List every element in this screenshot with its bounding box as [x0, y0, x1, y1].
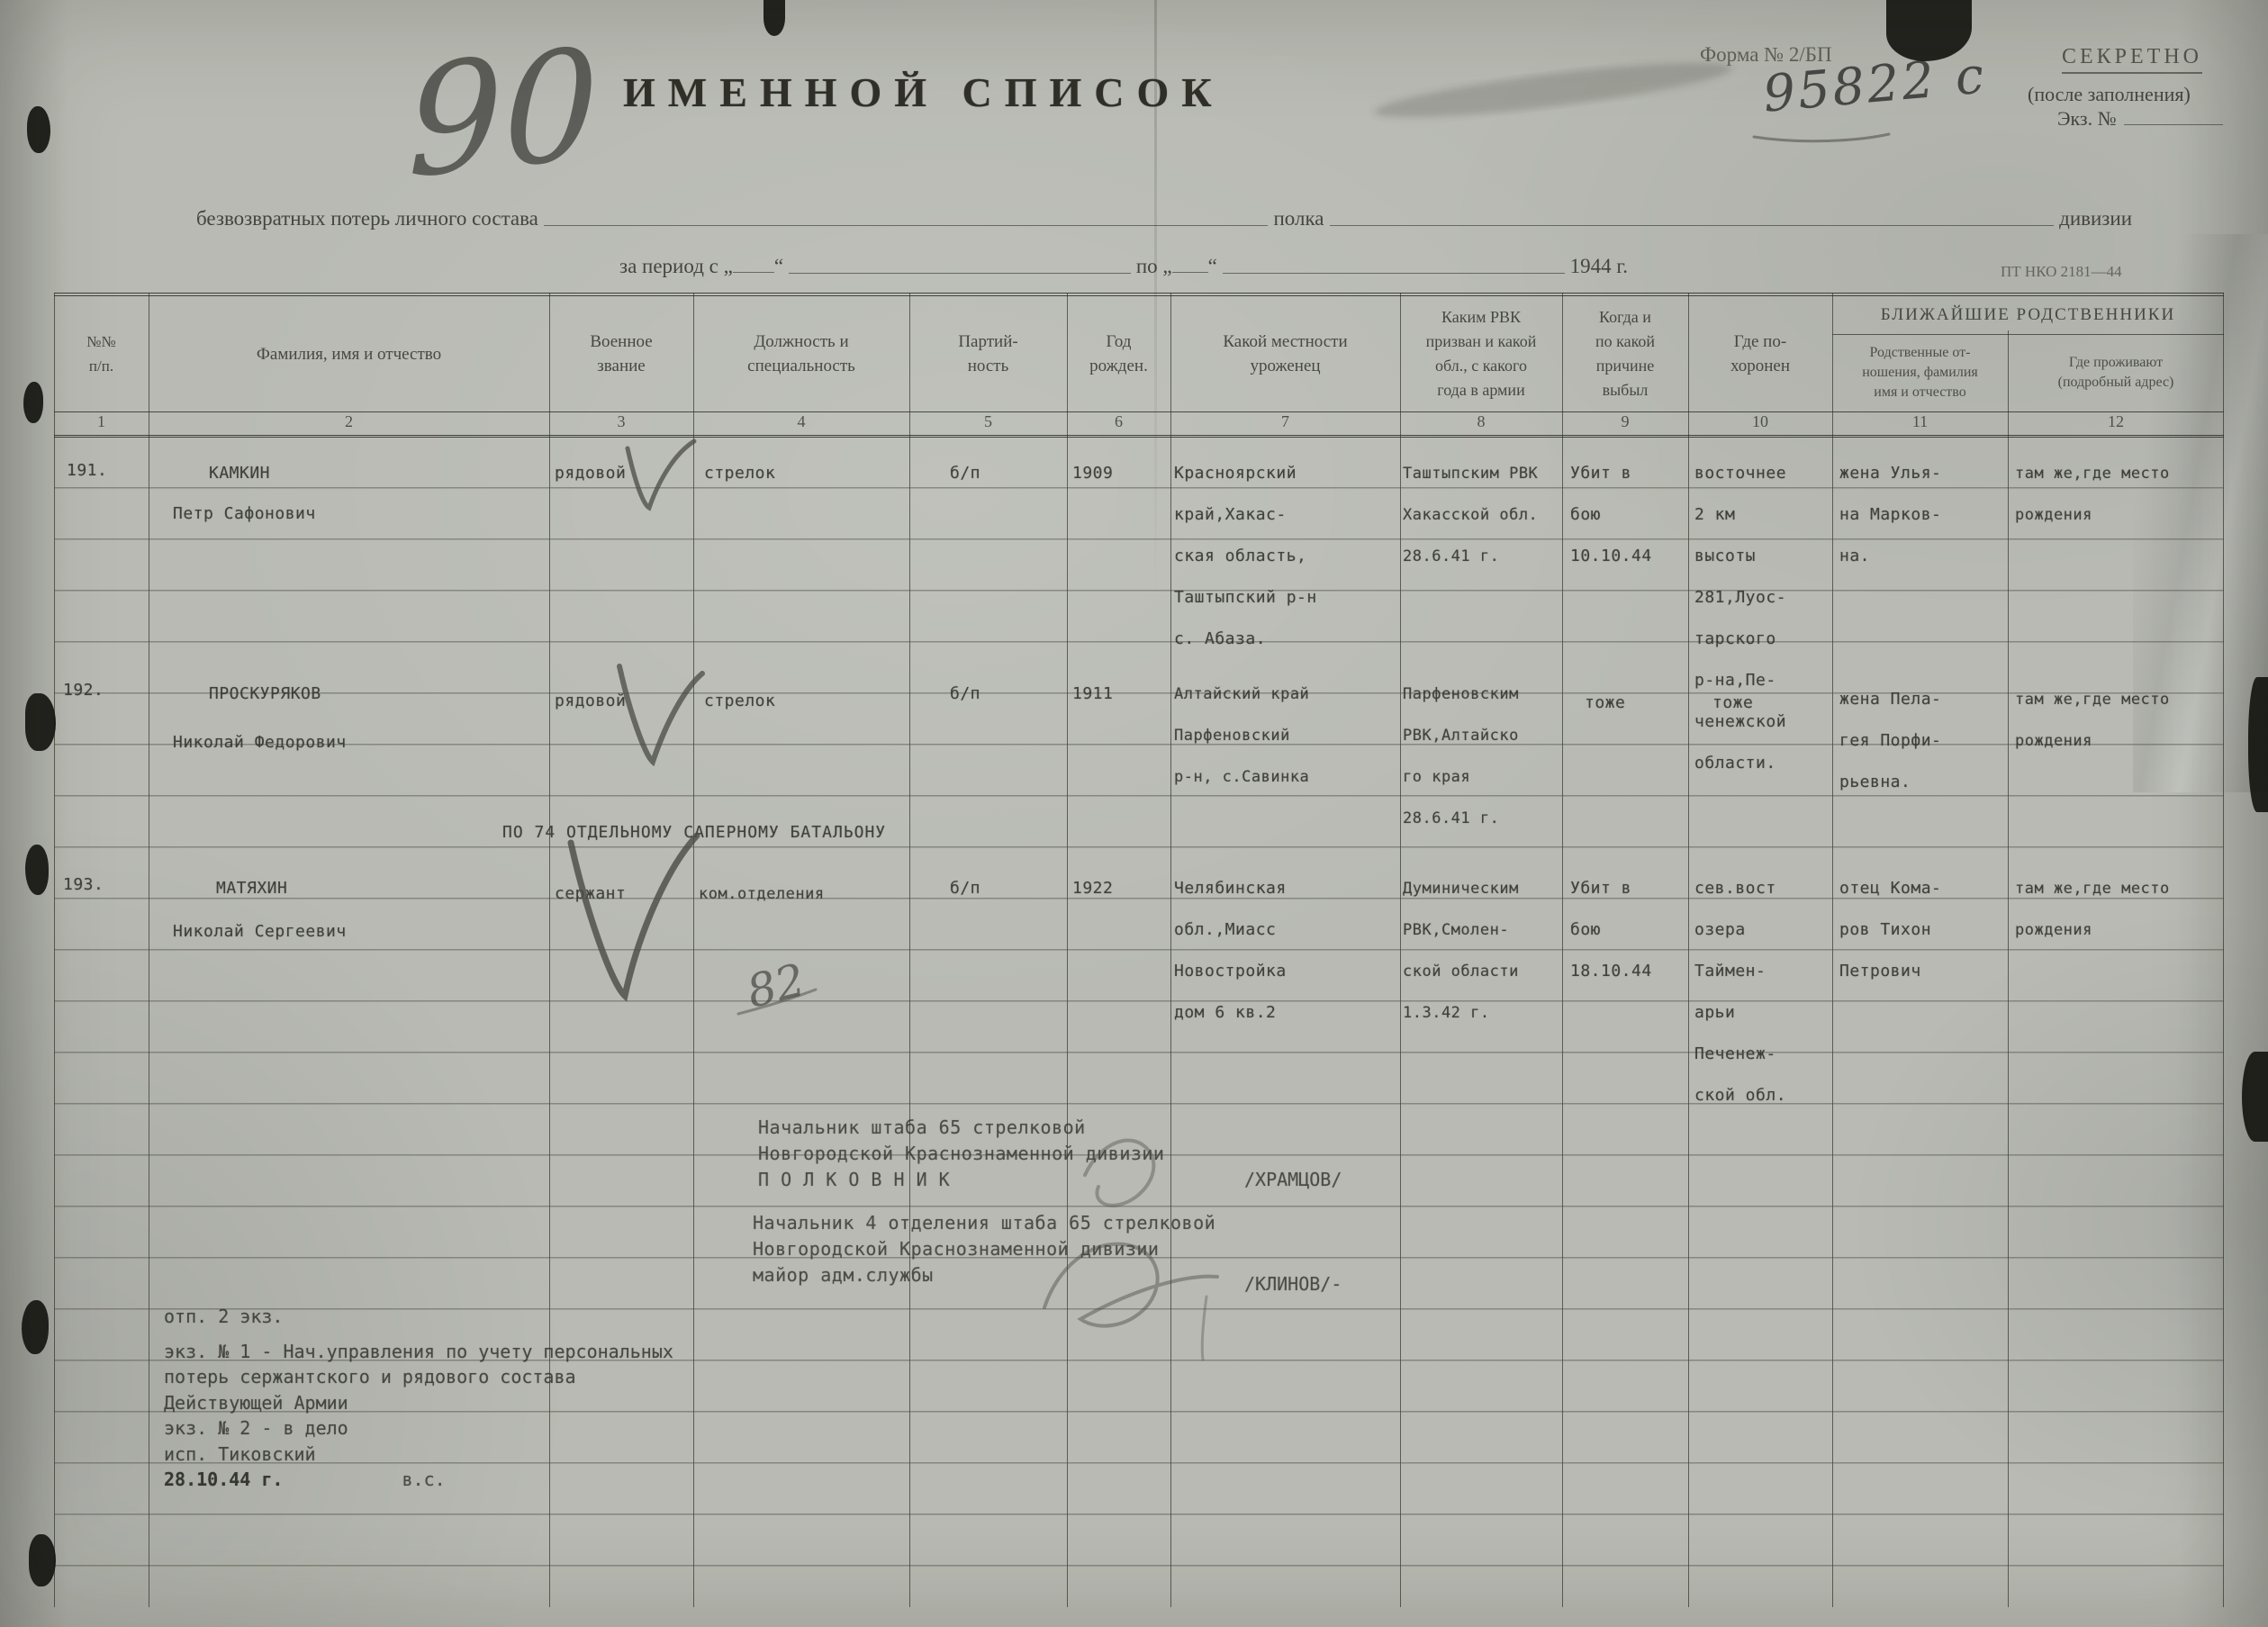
- row-191-party: б/п: [950, 453, 1058, 494]
- col-header-relative: Родственные от- ношения, фамилия имя и о…: [1832, 334, 2008, 411]
- signature-2-name: /КЛИНОВ/-: [1244, 1271, 1342, 1297]
- handwritten-note-82: 82: [742, 954, 810, 1018]
- underline-registration-number: [1754, 134, 1889, 141]
- blank-line: [1223, 273, 1565, 274]
- row-192-birthyear: 1911: [1072, 673, 1167, 715]
- period-prefix: за период с „: [619, 255, 733, 278]
- row-193-party: б/п: [950, 868, 1058, 909]
- blank-line: [789, 273, 1131, 274]
- row-191-given: Петр Сафонович: [173, 493, 533, 535]
- col-num: 2: [149, 408, 549, 435]
- page-title: ИМЕННОЙ СПИСОК: [623, 68, 1224, 116]
- copy-number-line: Экз. №: [2057, 106, 2223, 131]
- table-header: №№ п/п. Фамилия, имя и отчество Военное …: [54, 293, 2224, 412]
- subtitle-polka: полка: [1273, 207, 1324, 230]
- row-192-num: 192.: [63, 670, 140, 711]
- row-193-num: 193.: [63, 864, 140, 906]
- hole-punch-left-6: [29, 1534, 56, 1586]
- col-header-party: Партий- ность: [909, 296, 1067, 411]
- col-header-casualty: Когда и по какой причине выбыл: [1562, 296, 1688, 411]
- copy-number-label: Экз. №: [2057, 107, 2117, 131]
- subtitle-division: дивизии: [2059, 207, 2132, 230]
- row-193-casualty: Убит в бою 18.10.44: [1570, 868, 1687, 992]
- period-po: по „: [1136, 255, 1172, 278]
- subtitle-prefix: безвозвратных потерь личного состава: [196, 207, 538, 230]
- col-num: 10: [1688, 408, 1832, 435]
- distribution-block: отп. 2 экз. экз. № 1 - Нач.управления по…: [164, 1304, 673, 1493]
- row-191-name: КАМКИН: [209, 453, 551, 494]
- col-header-num: №№ п/п.: [54, 296, 149, 411]
- torn-edge-right-2: [2242, 1052, 2268, 1142]
- distribution-ex2: экз. № 2 - в дело: [164, 1415, 673, 1442]
- hole-punch-left-3: [25, 693, 56, 751]
- copy-number-blank: [2124, 106, 2223, 125]
- distribution-executor: исп. Тиковский: [164, 1442, 673, 1468]
- row-193-burial: сев.вост озера Таймен- арьи Печенеж- ско…: [1694, 868, 1834, 1116]
- col-num: 4: [693, 408, 909, 435]
- col-num: 1: [54, 408, 149, 435]
- row-192-drafted: Парфеновским РВК,Алтайско го края 28.6.4…: [1403, 673, 1561, 839]
- col-num: 12: [2008, 408, 2224, 435]
- period-quote-2: “: [1208, 255, 1217, 278]
- blank-line: [544, 225, 1269, 226]
- row-193-birthplace: Челябинская обл.,Миасс Новостройка дом 6…: [1174, 868, 1399, 1034]
- secrecy-label: СЕКРЕТНО: [2062, 45, 2202, 74]
- distribution-date-line: 28.10.44 г. в.с.: [164, 1467, 673, 1493]
- blank-line: [733, 254, 774, 273]
- row-192-given: Николай Федорович: [173, 722, 533, 764]
- row-191-casualty: Убит в бою 10.10.44: [1570, 453, 1687, 577]
- row-192-casualty: тоже: [1585, 682, 1684, 724]
- row-191-relative-address: там же,где место рождения: [2015, 453, 2224, 536]
- row-191-num: 191.: [67, 450, 143, 492]
- row-193-relative-address: там же,где место рождения: [2015, 868, 2224, 951]
- hole-punch-left-4: [25, 845, 49, 895]
- period-quote: “: [774, 255, 783, 278]
- row-193-rank: сержант: [555, 873, 690, 915]
- distribution-date-suffix: в.с.: [402, 1469, 446, 1490]
- row-193-specialty: ком.отделения: [699, 873, 906, 915]
- col-header-birthyear: Год рожден.: [1067, 296, 1170, 411]
- col-header-birthplace: Какой местности уроженец: [1170, 296, 1400, 411]
- row-192-name: ПРОСКУРЯКОВ: [209, 673, 551, 715]
- col-num: 7: [1170, 408, 1400, 435]
- col-num: 11: [1832, 408, 2008, 435]
- distribution-ex1a: экз. № 1 - Нач.управления по учету персо…: [164, 1339, 673, 1365]
- col-header-specialty: Должность и специальность: [693, 296, 909, 411]
- row-192-party: б/п: [950, 673, 1058, 715]
- column-numbers-row: 1 2 3 4 5 6 7 8 9 10 11 12: [54, 408, 2224, 438]
- faint-stamp-smudge: [1372, 52, 1733, 128]
- row-191-rank: рядовой: [555, 453, 690, 494]
- row-192-birthplace: Алтайский край Парфеновский р-н, с.Савин…: [1174, 673, 1401, 798]
- table-body: 191. КАМКИН Петр Сафонович рядовой стрел…: [54, 438, 2224, 1607]
- col-num: 5: [909, 408, 1067, 435]
- row-192-relative-address: там же,где место рождения: [2015, 679, 2224, 762]
- row-193-birthyear: 1922: [1072, 868, 1167, 909]
- signature-1-title: Начальник штаба 65 стрелковой Новгородск…: [758, 1115, 1164, 1193]
- row-191-specialty: стрелок: [704, 453, 907, 494]
- blank-line: [1330, 225, 2055, 226]
- col-header-burial: Где по- хоронен: [1688, 296, 1832, 411]
- handwritten-page-number: 90: [408, 14, 600, 212]
- distribution-date: 28.10.44 г.: [164, 1469, 283, 1490]
- casualty-table: №№ п/п. Фамилия, имя и отчество Военное …: [54, 293, 2224, 1607]
- hole-punch-left-2: [23, 382, 43, 423]
- print-code: ПТ НКО 2181—44: [2001, 263, 2122, 281]
- col-header-name: Фамилия, имя и отчество: [149, 296, 549, 411]
- row-191-birthyear: 1909: [1072, 453, 1167, 494]
- secrecy-note: (после заполнения): [2028, 83, 2191, 106]
- row-193-given: Николай Сергеевич: [173, 911, 533, 953]
- period-year: 1944 г.: [1570, 255, 1628, 278]
- col-header-rank: Военное звание: [549, 296, 693, 411]
- signature-1-name: /ХРАМЦОВ/: [1244, 1167, 1342, 1193]
- row-193-relative: отец Кома- ров Тихон Петрович: [1839, 868, 2009, 992]
- row-192-specialty: стрелок: [704, 681, 907, 722]
- col-num: 6: [1067, 408, 1170, 435]
- row-193-drafted: Думиническим РВК,Смолен- ской области 1.…: [1403, 868, 1561, 1034]
- distribution-ex1c: Действующей Армии: [164, 1390, 673, 1416]
- col-num: 9: [1562, 408, 1688, 435]
- col-header-relative-address: Где проживают (подробный адрес): [2008, 334, 2224, 411]
- col-num: 8: [1400, 408, 1562, 435]
- scanned-document-page: 90 ИМЕННОЙ СПИСОК Форма № 2/БП СЕКРЕТНО …: [0, 0, 2268, 1627]
- row-191-relative: жена Улья- на Марков- на.: [1839, 453, 2009, 577]
- torn-edge-top-small: [764, 0, 785, 36]
- distribution-ex1b: потерь сержантского и рядового состава: [164, 1364, 673, 1390]
- relatives-header: БЛИЖАЙШИЕ РОДСТВЕННИКИ: [1832, 296, 2224, 335]
- signature-2-title: Начальник 4 отделения штаба 65 стрелково…: [753, 1210, 1215, 1288]
- row-192-relative: жена Пела- гея Порфи- рьевна.: [1839, 679, 2009, 803]
- subtitle-line-1: безвозвратных потерь личного состава пол…: [196, 207, 2132, 230]
- hole-punch-left-5: [22, 1300, 49, 1354]
- subtitle-line-2: за период с „ “ по „ “ 1944 г.: [619, 254, 1628, 278]
- row-191-drafted: Таштыпским РВК Хакасской обл. 28.6.41 г.: [1403, 453, 1561, 577]
- blank-line: [1172, 254, 1208, 273]
- row-192-burial: тоже: [1712, 682, 1821, 724]
- row-191-burial: восточнее 2 км высоты 281,Луос- тарского…: [1694, 453, 1834, 784]
- torn-edge-right-1: [2248, 677, 2268, 812]
- col-header-drafted: Каким РВК призван и какой обл., с какого…: [1400, 296, 1562, 411]
- distribution-copies: отп. 2 экз.: [164, 1304, 673, 1330]
- row-191-birthplace: Красноярский край,Хакас- ская область, Т…: [1174, 453, 1399, 660]
- col-num: 3: [549, 408, 693, 435]
- section-note-battalion: ПО 74 ОТДЕЛЬНОМУ САПЕРНОМУ БАТАЛЬОНУ: [502, 812, 1313, 854]
- row-192-rank: рядовой: [555, 681, 690, 722]
- row-193-name: МАТЯХИН: [216, 868, 549, 909]
- hole-punch-left-1: [27, 106, 50, 153]
